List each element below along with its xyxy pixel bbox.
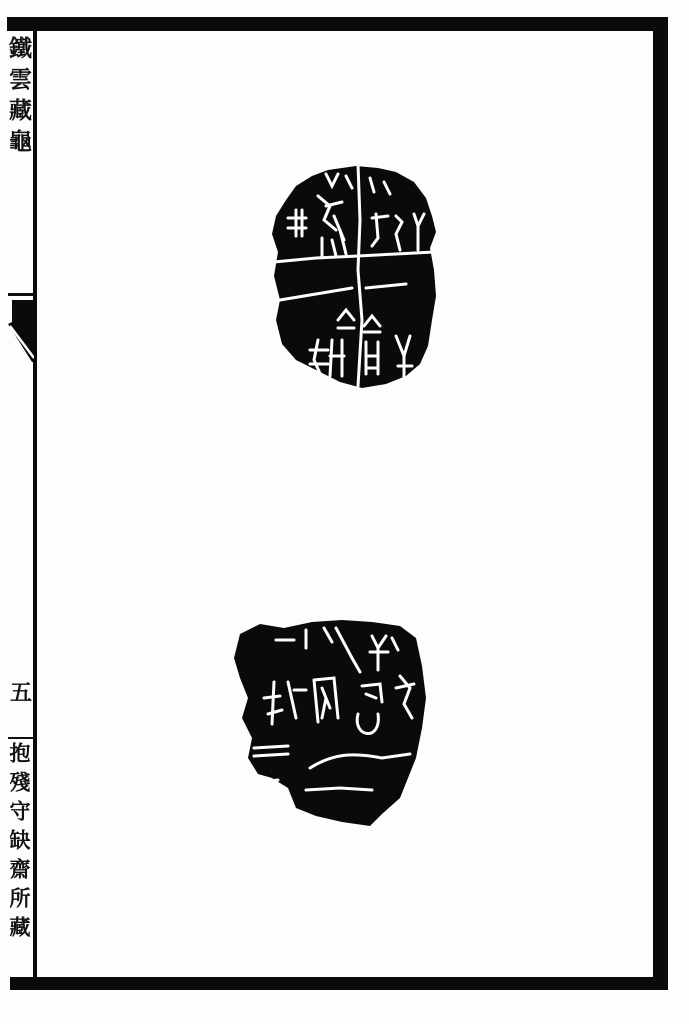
book-page: 鐵雲藏龜 五 抱殘守缺齋所藏	[0, 0, 689, 1024]
frame-bottom-border	[10, 977, 668, 990]
oracle-bone-rubbing-2	[232, 618, 428, 830]
page-number-rule	[8, 737, 34, 739]
oracle-bone-rubbing-1	[266, 160, 442, 390]
frame-right-border	[653, 17, 668, 990]
frame-left-rule	[33, 31, 37, 977]
fishtail-marker-icon	[4, 300, 34, 362]
colophon: 抱殘守缺齋所藏	[5, 742, 33, 945]
title-rule	[8, 293, 34, 296]
book-title: 鐵雲藏龜	[4, 36, 32, 160]
frame-top-border	[7, 17, 668, 31]
page-number: 五	[8, 676, 34, 707]
